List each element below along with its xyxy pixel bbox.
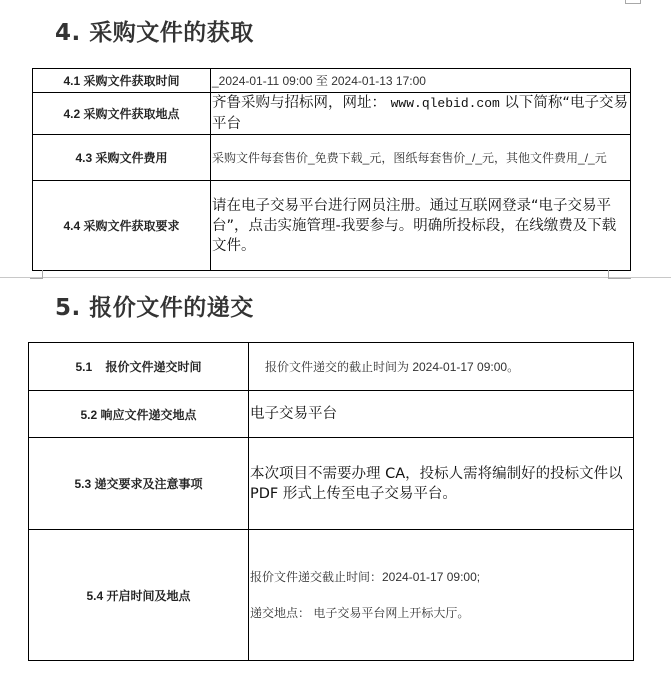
row-label: 5.1 报价文件递交时间: [29, 343, 249, 391]
table-row: 5.4 开启时间及地点 报价文件递交截止时间：2024-01-17 09:00;…: [29, 530, 634, 661]
section-4-heading: 4. 采购文件的获取: [55, 14, 254, 47]
table-row: 5.3 递交要求及注意事项 本次项目不需要办理 CA，投标人需将编制好的投标文件…: [29, 438, 634, 530]
section-5-table: 5.1 报价文件递交时间 报价文件递交的截止时间为 2024-01-17 09:…: [28, 342, 634, 661]
table-row: 4.2 采购文件获取地点 齐鲁采购与招标网，网址： www.qlebid.com…: [33, 93, 631, 135]
page-break-line: [0, 277, 671, 278]
row-value: 报价文件递交的截止时间为 2024-01-17 09:00。: [249, 343, 634, 391]
value-line: 报价文件递交截止时间：2024-01-17 09:00;: [250, 566, 633, 588]
page-corner-mark-left: [30, 270, 43, 279]
table-row: 4.3 采购文件费用 采购文件每套售价_免费下载_元，图纸每套售价_/_元，其他…: [33, 135, 631, 181]
row-label: 5.3 递交要求及注意事项: [29, 438, 249, 530]
page-corner-mark-right: [608, 270, 631, 279]
row-value: 报价文件递交截止时间：2024-01-17 09:00; 递交地点： 电子交易平…: [249, 530, 634, 661]
line-spacer: [250, 588, 633, 602]
section-5-heading: 5. 报价文件的递交: [55, 289, 254, 322]
row-label: 4.2 采购文件获取地点: [33, 93, 211, 135]
table-row: 5.2 响应文件递交地点 电子交易平台: [29, 391, 634, 438]
row-value: 齐鲁采购与招标网，网址： www.qlebid.com 以下简称“电子交易平台: [211, 93, 631, 135]
row-label: 5.4 开启时间及地点: [29, 530, 249, 661]
row-value: 电子交易平台: [249, 391, 634, 438]
table-row: 5.1 报价文件递交时间 报价文件递交的截止时间为 2024-01-17 09:…: [29, 343, 634, 391]
table-row: 4.4 采购文件获取要求 请在电子交易平台进行网员注册。通过互联网登录“电子交易…: [33, 181, 631, 271]
row-value: 采购文件每套售价_免费下载_元，图纸每套售价_/_元，其他文件费用_/_元: [211, 135, 631, 181]
website-link[interactable]: www.qlebid.com: [391, 96, 500, 111]
section-4-table: 4.1 采购文件获取时间 _2024-01-11 09:00 至 2024-01…: [32, 68, 631, 271]
value-line: 递交地点： 电子交易平台网上开标大厅。: [250, 602, 633, 624]
row-label: 4.1 采购文件获取时间: [33, 69, 211, 93]
row-label: 4.3 采购文件费用: [33, 135, 211, 181]
row-label: 5.2 响应文件递交地点: [29, 391, 249, 438]
table-row: 4.1 采购文件获取时间 _2024-01-11 09:00 至 2024-01…: [33, 69, 631, 93]
row-value: 本次项目不需要办理 CA，投标人需将编制好的投标文件以 PDF 形式上传至电子交…: [249, 438, 634, 530]
row-value: _2024-01-11 09:00 至 2024-01-13 17:00: [211, 69, 631, 93]
value-text: 齐鲁采购与招标网，网址：: [212, 95, 391, 111]
page-margin-mark: [625, 0, 641, 4]
row-value: 请在电子交易平台进行网员注册。通过互联网登录“电子交易平台”，点击实施管理-我要…: [211, 181, 631, 271]
row-label: 4.4 采购文件获取要求: [33, 181, 211, 271]
